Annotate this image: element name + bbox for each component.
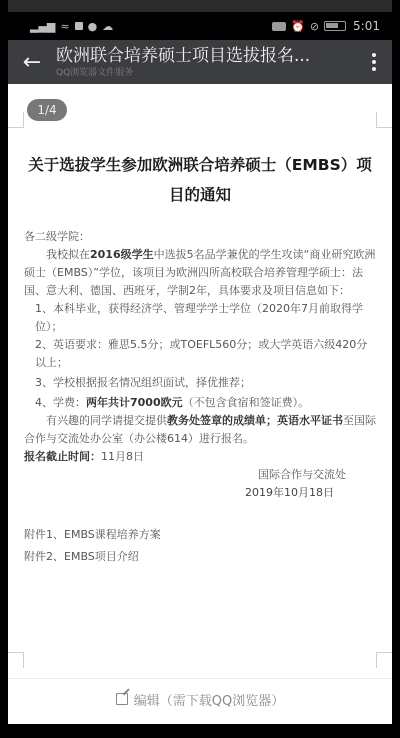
title-block: 欧洲联合培养硕士项目选拔报名... QQ浏览器文件服务 — [56, 45, 356, 79]
bottom-bezel — [8, 724, 392, 738]
cloud-icon: ☁ — [102, 21, 113, 32]
salutation: 各二级学院： — [24, 228, 376, 246]
requirement-text-rest: （不包含食宿和签证费）。 — [183, 396, 310, 409]
intro-paragraph: 我校拟在2016级学生中选拔5名品学兼优的学生攻读“商业研究欧洲硕士（EMBS）… — [24, 246, 376, 300]
attachments: 附件1、EMBS课程培养方案 附件2、EMBS项目介绍 — [24, 526, 376, 566]
mute-icon: ⊘ — [310, 21, 319, 32]
more-vertical-icon — [372, 53, 376, 57]
deadline: 报名截止时间：11月8日 — [24, 448, 376, 466]
intro-text: 我校拟在 — [46, 248, 90, 261]
document-date: 2019年10月18日 — [24, 484, 376, 502]
deadline-value: 11月8日 — [101, 450, 144, 463]
notification-square-icon — [75, 22, 83, 30]
requirement-text: 4、学费： — [35, 396, 86, 409]
page-corner-mark — [8, 112, 24, 128]
signature: 国际合作与交流处 — [24, 466, 376, 484]
page-title: 欧洲联合培养硕士项目选拔报名... — [56, 45, 356, 67]
top-strip — [8, 0, 392, 12]
apply-paragraph: 有兴趣的同学请提交提供教务处签章的成绩单；英语水平证书至国际合作与交流处办公室（… — [24, 412, 376, 448]
intro-bold: 2016级学生 — [90, 248, 154, 261]
document-viewer[interactable]: 1/4 关于选拔学生参加欧洲联合培养硕士（EMBS）项目的通知 各二级学院： 我… — [8, 84, 392, 724]
status-right: ⏰ ⊘ 5:01 — [272, 19, 380, 33]
phone-screen: ▂▄▆ ≈ ● ☁ ⏰ ⊘ 5:01 ← 欧洲联合培养硕士项目选拔报名... Q… — [8, 0, 392, 738]
deadline-label: 报名截止时间： — [24, 450, 101, 463]
page-corner-mark — [8, 652, 24, 668]
more-dot — [372, 67, 376, 71]
requirement-item: 3、学校根据报名情况组织面试，择优推荐； — [24, 374, 376, 392]
document-page: 关于选拔学生参加欧洲联合培养硕士（EMBS）项目的通知 各二级学院： 我校拟在2… — [24, 150, 376, 570]
app-bar: ← 欧洲联合培养硕士项目选拔报名... QQ浏览器文件服务 — [8, 40, 392, 84]
alarm-icon: ⏰ — [291, 21, 305, 32]
qq-icon: ● — [88, 21, 98, 32]
back-button[interactable]: ← — [8, 40, 56, 84]
page-corner-mark — [376, 652, 392, 668]
more-options-button[interactable] — [356, 40, 392, 84]
edit-icon — [116, 693, 128, 705]
requirement-bold: 两年共计7000欧元 — [86, 396, 183, 409]
requirement-item: 1、本科毕业，获得经济学、管理学学士学位（2020年7月前取得学位）； — [24, 300, 376, 336]
requirement-item: 2、英语要求：雅思5.5分；或TOEFL560分；或大学英语六级420分以上； — [24, 336, 376, 372]
signal-icon: ▂▄▆ — [30, 21, 55, 32]
attachment-item: 附件1、EMBS课程培养方案 — [24, 526, 376, 544]
page-subtitle: QQ浏览器文件服务 — [56, 67, 356, 79]
edit-label: 编辑（需下载QQ浏览器） — [134, 690, 284, 709]
wifi-icon: ≈ — [60, 21, 69, 32]
battery-icon — [324, 21, 346, 31]
page-indicator: 1/4 — [27, 99, 67, 121]
apply-bold: 教务处签章的成绩单；英语水平证书 — [167, 414, 343, 427]
divider — [8, 678, 392, 679]
apply-text: 有兴趣的同学请提交提供 — [46, 414, 167, 427]
page-corner-mark — [376, 112, 392, 128]
attachment-item: 附件2、EMBS项目介绍 — [24, 548, 376, 566]
requirement-item: 4、学费：两年共计7000欧元（不包含食宿和签证费）。 — [24, 394, 376, 412]
arrow-left-icon: ← — [23, 50, 41, 75]
status-time: 5:01 — [353, 19, 380, 33]
status-left: ▂▄▆ ≈ ● ☁ — [30, 21, 113, 32]
more-dot — [372, 60, 376, 64]
edit-button[interactable]: 编辑（需下载QQ浏览器） — [8, 682, 392, 716]
status-bar: ▂▄▆ ≈ ● ☁ ⏰ ⊘ 5:01 — [8, 12, 392, 40]
nfc-icon — [272, 22, 286, 31]
document-title: 关于选拔学生参加欧洲联合培养硕士（EMBS）项目的通知 — [24, 150, 376, 210]
